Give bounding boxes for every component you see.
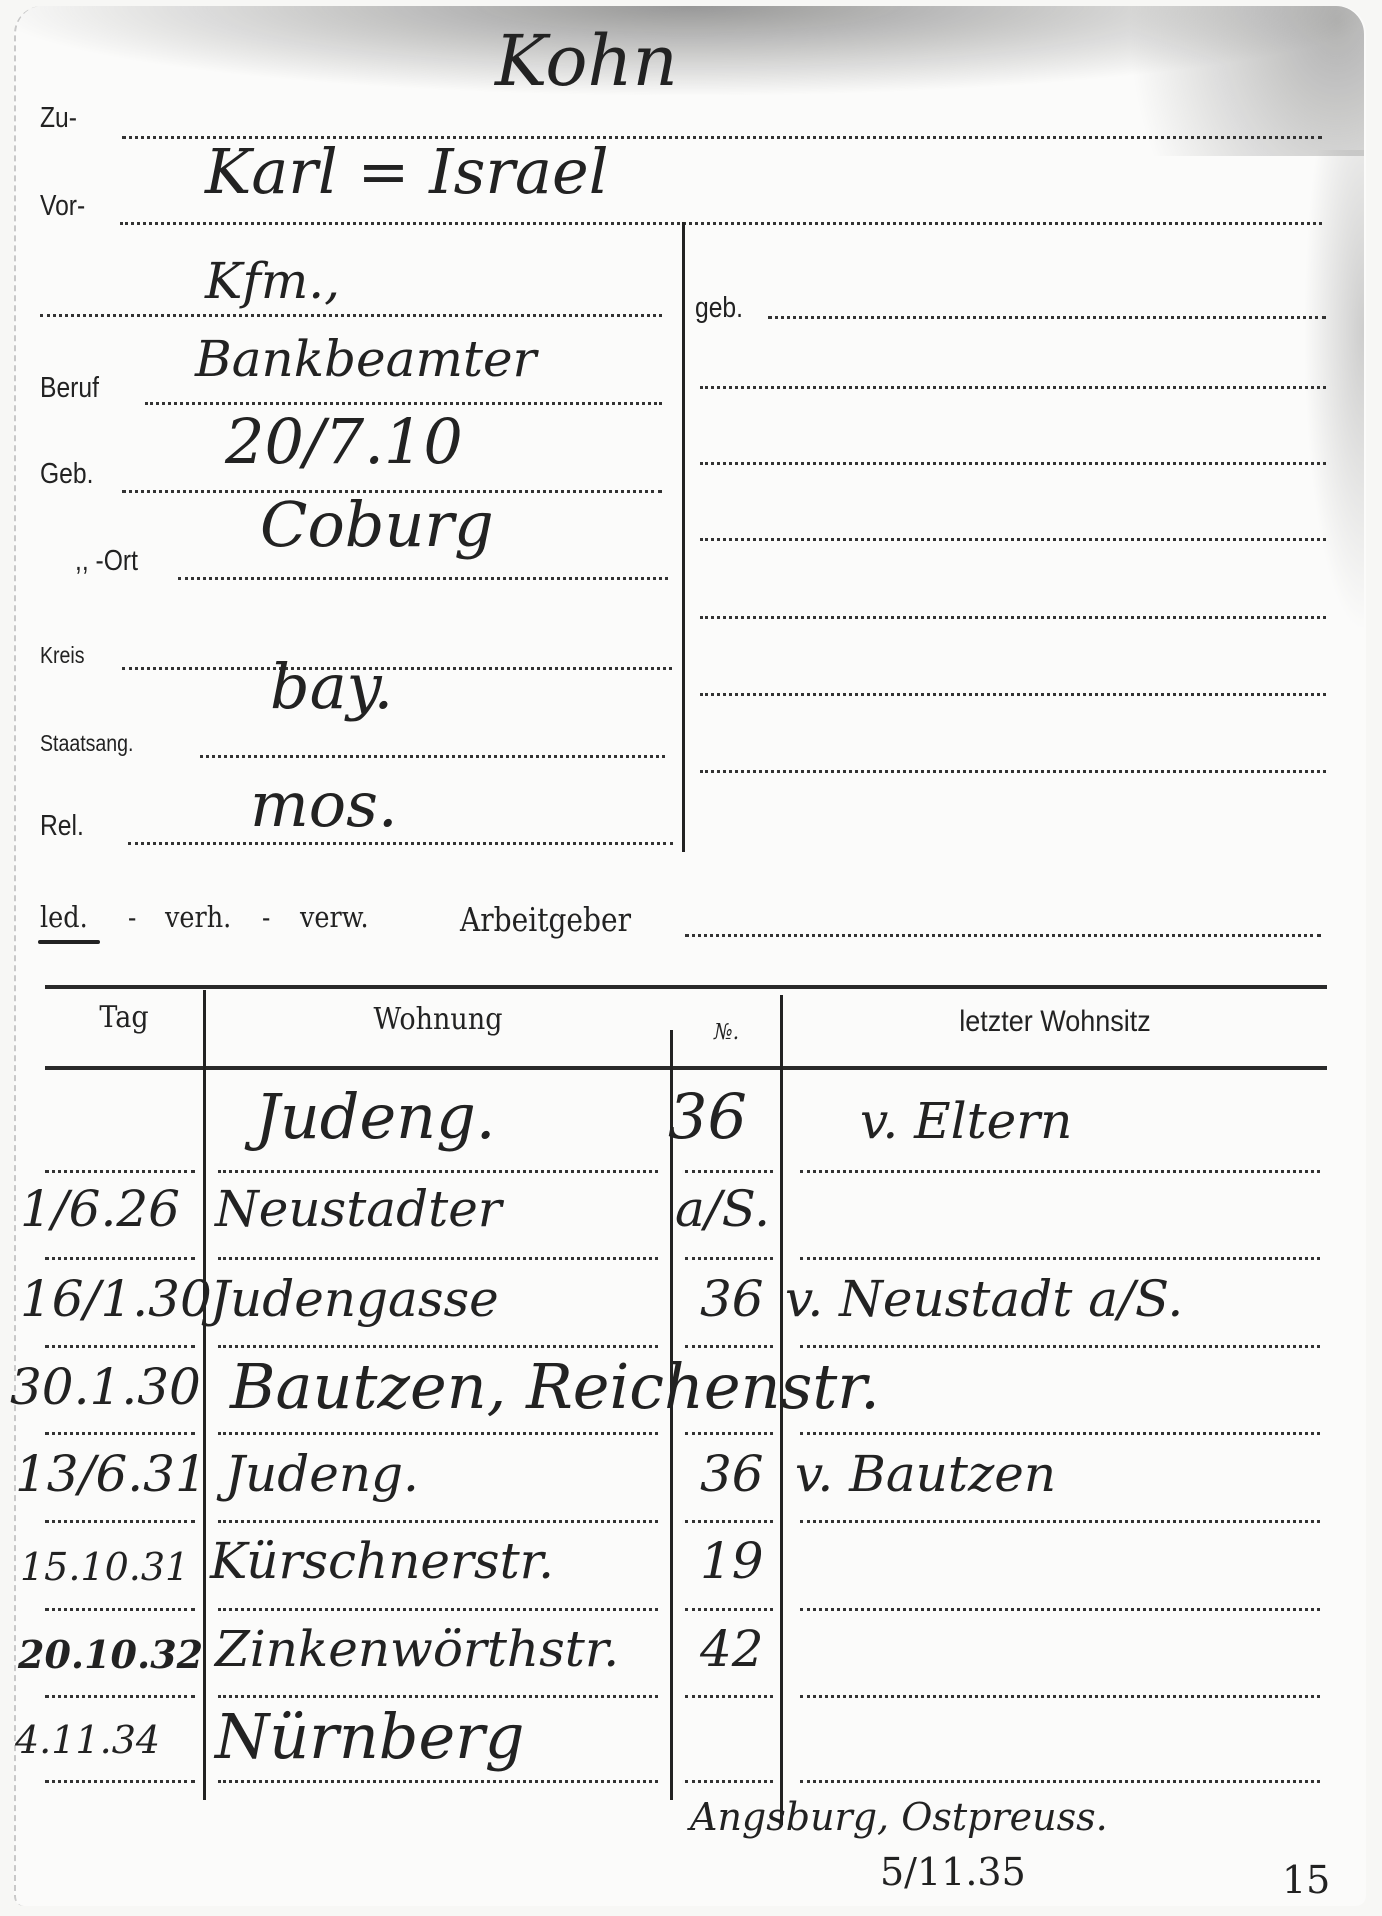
table-row-line: [800, 1257, 1320, 1260]
row-2-residence: Neustadter: [215, 1180, 502, 1238]
table-row-line: [685, 1170, 773, 1173]
table-row-line: [45, 1695, 195, 1698]
religion-value: mos.: [250, 768, 398, 841]
row-5-last-residence: v. Bautzen: [795, 1445, 1056, 1503]
table-top-rule: [45, 985, 1327, 989]
table-row-line: [45, 1608, 195, 1611]
table-divider-day: [203, 990, 206, 1800]
status-single[interactable]: led.: [40, 900, 88, 934]
birth-date-value: 20/7.10: [225, 405, 463, 478]
row-3-day: 16/1.30: [20, 1270, 212, 1328]
surname-label: Zu-: [40, 102, 77, 135]
row-6-number: 19: [700, 1532, 764, 1590]
row-3-residence: Judengasse: [210, 1270, 499, 1328]
table-row-line: [218, 1432, 658, 1435]
citizenship-label: Staatsang.: [40, 730, 133, 757]
row-2-day: 1/6.26: [20, 1180, 180, 1238]
table-row-line: [800, 1780, 1320, 1783]
occupation-value-line2: Bankbeamter: [195, 330, 536, 388]
row-5-number: 36: [700, 1445, 764, 1503]
table-row-line: [800, 1695, 1320, 1698]
table-row-line: [218, 1520, 658, 1523]
table-row-line: [45, 1257, 195, 1260]
table-row-line: [685, 1608, 773, 1611]
right-blank-line-4[interactable]: [700, 616, 1326, 619]
table-row-line: [45, 1432, 195, 1435]
right-blank-line-2[interactable]: [700, 462, 1326, 465]
citizenship-field[interactable]: [200, 755, 665, 758]
table-row-line: [218, 1170, 658, 1173]
row-7-residence: Zinkenwörthstr.: [215, 1620, 619, 1678]
row-2-number: a/S.: [675, 1180, 770, 1238]
employer-label: Arbeitgeber: [460, 900, 631, 939]
employer-field[interactable]: [685, 934, 1321, 937]
row-7-day: 20.10.32: [18, 1632, 203, 1677]
born-right-label: geb.: [695, 292, 743, 325]
row-4-day: 30.1.30: [10, 1358, 201, 1416]
table-row-line: [685, 1695, 773, 1698]
header-last-residence: letzter Wohnsitz: [810, 1005, 1300, 1039]
district-field[interactable]: [122, 667, 672, 670]
table-row-line: [685, 1345, 773, 1348]
surname-value: Kohn: [495, 20, 678, 102]
table-row-line: [45, 1170, 195, 1173]
table-row-line: [218, 1780, 658, 1783]
row-3-number: 36: [700, 1270, 764, 1328]
row-7-number: 42: [700, 1620, 764, 1678]
row-8-day: 4.11.34: [15, 1718, 160, 1762]
occupation-label: Beruf: [40, 372, 99, 405]
row-5-residence: Judeng.: [225, 1445, 419, 1503]
table-row-line: [45, 1520, 195, 1523]
footer-note-number: 15: [1282, 1858, 1330, 1902]
footer-note-place: Angsburg, Ostpreuss.: [690, 1795, 1108, 1839]
religion-label: Rel.: [40, 810, 84, 843]
table-row-line: [800, 1170, 1320, 1173]
header-number: №.: [678, 1020, 774, 1045]
occupation-field-upper[interactable]: [40, 314, 662, 317]
right-blank-line-6[interactable]: [700, 770, 1326, 773]
table-header-rule: [45, 1066, 1327, 1070]
district-label: Kreis: [40, 642, 85, 669]
header-residence: Wohnung: [229, 1002, 647, 1037]
section-divider: [682, 222, 685, 852]
table-row-line: [218, 1608, 658, 1611]
born-right-field[interactable]: [768, 316, 1326, 319]
citizenship-value: bay.: [270, 650, 393, 723]
footer-note-date: 5/11.35: [880, 1850, 1026, 1894]
row-8-residence: Nürnberg: [215, 1700, 524, 1773]
first-name-field[interactable]: [120, 222, 1322, 225]
birth-place-field[interactable]: [178, 577, 668, 580]
table-row-line: [218, 1695, 658, 1698]
row-6-day: 15.10.31: [20, 1545, 189, 1589]
table-row-line: [685, 1432, 773, 1435]
birth-place-value: Coburg: [260, 488, 494, 561]
right-blank-line-3[interactable]: [700, 538, 1326, 541]
table-row-line: [45, 1345, 195, 1348]
first-name-value: Karl = Israel: [205, 135, 609, 208]
header-day: Tag: [53, 1000, 195, 1035]
status-single-underline: [38, 940, 100, 944]
status-married[interactable]: verh.: [165, 900, 231, 934]
occupation-value-line1: Kfm.,: [205, 252, 340, 310]
birth-place-label: ,, -Ort: [75, 545, 138, 578]
row-1-last-residence: v. Eltern: [860, 1092, 1072, 1150]
table-row-line: [218, 1257, 658, 1260]
row-1-number: 36: [668, 1080, 747, 1153]
table-row-line: [800, 1345, 1320, 1348]
religion-field[interactable]: [128, 842, 673, 845]
right-blank-line-1[interactable]: [700, 386, 1326, 389]
birth-date-label: Geb.: [40, 458, 93, 491]
table-row-line: [218, 1345, 658, 1348]
status-separator-1: -: [128, 900, 136, 934]
row-6-residence: Kürschnerstr.: [210, 1532, 554, 1590]
status-separator-2: -: [262, 900, 270, 934]
first-name-label: Vor-: [40, 190, 85, 223]
table-row-line: [800, 1608, 1320, 1611]
table-row-line: [45, 1780, 195, 1783]
table-row-line: [800, 1520, 1320, 1523]
table-row-line: [800, 1432, 1320, 1435]
table-row-line: [685, 1780, 773, 1783]
row-3-last-residence: v. Neustadt a/S.: [785, 1270, 1183, 1328]
row-1-residence: Judeng.: [255, 1080, 496, 1153]
row-5-day: 13/6.31: [15, 1445, 207, 1503]
row-4-residence: Bautzen, Reichenstr.: [230, 1350, 880, 1423]
status-widowed[interactable]: verw.: [300, 900, 369, 934]
right-blank-line-5[interactable]: [700, 693, 1326, 696]
table-row-line: [685, 1520, 773, 1523]
table-row-line: [685, 1257, 773, 1260]
